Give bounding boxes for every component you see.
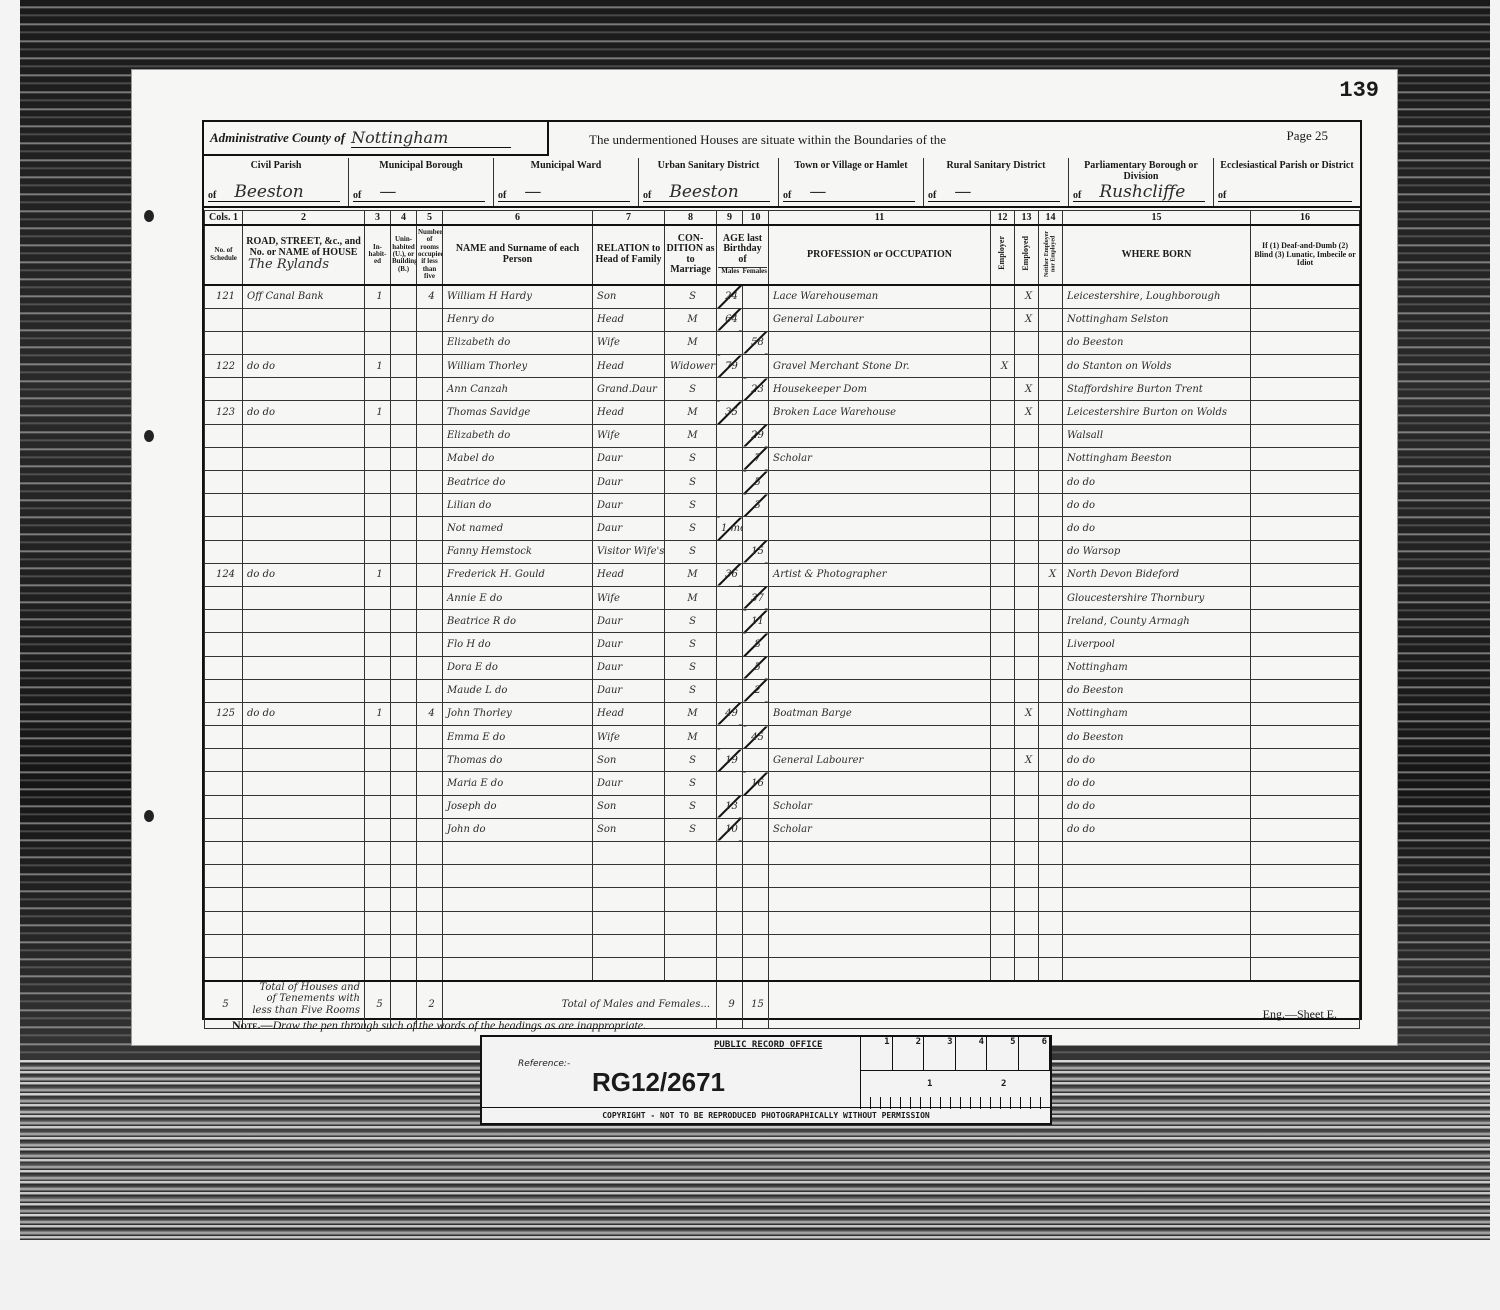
cell-relation: Daur	[593, 772, 665, 795]
heading-employer: Employer	[991, 225, 1015, 286]
cell-employed	[1015, 424, 1039, 447]
cell-schedule: 121	[205, 285, 243, 308]
blank-cell	[717, 865, 743, 888]
blank-cell	[205, 888, 243, 911]
cell-uninhabited	[391, 563, 417, 586]
cell-inhabited	[365, 540, 391, 563]
cell-neither	[1039, 378, 1063, 401]
cell-road	[243, 517, 365, 540]
cell-employer	[991, 540, 1015, 563]
district-town-village: Town or Village or Hamlet of—	[779, 158, 924, 206]
cell-employer	[991, 772, 1015, 795]
cell-uninhabited	[391, 378, 417, 401]
blank-cell	[1039, 911, 1063, 934]
cell-employer	[991, 331, 1015, 354]
cell-employed	[1015, 355, 1039, 378]
cell-where-born: Gloucestershire Thornbury	[1063, 586, 1251, 609]
blank-cell	[1015, 934, 1039, 957]
cell-schedule: 124	[205, 563, 243, 586]
blank-cell	[1039, 888, 1063, 911]
cell-occupation	[769, 517, 991, 540]
cell-condition: M	[665, 702, 717, 725]
blank-cell	[593, 911, 665, 934]
blank-cell	[1063, 934, 1251, 957]
cell-schedule	[205, 471, 243, 494]
cell-neither	[1039, 494, 1063, 517]
cell-where-born: do Beeston	[1063, 331, 1251, 354]
enumeration-form: Administrative County of Nottingham The …	[202, 120, 1362, 1020]
cell-occupation	[769, 772, 991, 795]
district-parliamentary: Parliamentary Borough or Division ofRush…	[1069, 158, 1214, 206]
cell-occupation	[769, 471, 991, 494]
district-value: Rushcliffe	[1099, 184, 1185, 201]
scale-cm: 4	[956, 1037, 988, 1070]
cell-infirmity	[1251, 447, 1360, 470]
blank-cell	[365, 911, 391, 934]
cell-occupation: General Labourer	[769, 308, 991, 331]
table-row: Mabel doDaurS7ScholarNottingham Beeston	[205, 447, 1360, 470]
cell-condition: S	[665, 494, 717, 517]
cell-inhabited	[365, 818, 391, 841]
blank-cell	[769, 888, 991, 911]
col-num: 16	[1251, 211, 1360, 225]
reference-card: PUBLIC RECORD OFFICE Reference:- RG12/26…	[480, 1035, 1052, 1125]
cell-infirmity	[1251, 633, 1360, 656]
blank-cell	[443, 911, 593, 934]
census-table: Cols. 1 2 3 4 5 6 7 8 9 10 11 12 13 14 1…	[204, 210, 1360, 1029]
cell-uninhabited	[391, 818, 417, 841]
cell-employed	[1015, 540, 1039, 563]
cell-condition: Widower	[665, 355, 717, 378]
cell-schedule	[205, 749, 243, 772]
cell-name: Beatrice R do	[443, 610, 593, 633]
cell-name: William Thorley	[443, 355, 593, 378]
cell-occupation: Artist & Photographer	[769, 563, 991, 586]
cell-where-born: Nottingham Beeston	[1063, 447, 1251, 470]
cell-where-born: do do	[1063, 471, 1251, 494]
cell-inhabited	[365, 726, 391, 749]
cell-rooms	[417, 308, 443, 331]
cell-male-age	[717, 331, 743, 354]
cell-inhabited	[365, 517, 391, 540]
cell-name: Dora E do	[443, 656, 593, 679]
col-num: 10	[743, 211, 769, 225]
cell-schedule	[205, 378, 243, 401]
cell-rooms	[417, 378, 443, 401]
blank-cell	[769, 911, 991, 934]
cell-road	[243, 424, 365, 447]
blank-cell	[743, 888, 769, 911]
cell-uninhabited	[391, 355, 417, 378]
record-office-label: PUBLIC RECORD OFFICE	[714, 1040, 822, 1050]
cell-female-age	[743, 401, 769, 424]
cell-uninhabited	[391, 494, 417, 517]
blank-cell	[417, 888, 443, 911]
cell-relation: Head	[593, 355, 665, 378]
cell-rooms	[417, 540, 443, 563]
cell-employed: X	[1015, 308, 1039, 331]
blank-cell	[1015, 888, 1039, 911]
cell-employed	[1015, 772, 1039, 795]
cell-road	[243, 610, 365, 633]
scale-cm: 5	[987, 1037, 1019, 1070]
cell-female-age: 58	[743, 331, 769, 354]
cell-neither	[1039, 517, 1063, 540]
cell-relation: Visitor Wife's Sister	[593, 540, 665, 563]
blank-cell	[593, 842, 665, 865]
col-num: 14	[1039, 211, 1063, 225]
of-label: of	[498, 190, 506, 201]
table-row: 122do do1William ThorleyHeadWidower79Gra…	[205, 355, 1360, 378]
cell-neither	[1039, 540, 1063, 563]
blank-row	[205, 911, 1360, 934]
cell-where-born: Leicestershire, Loughborough	[1063, 285, 1251, 308]
col-num: 5	[417, 211, 443, 225]
cell-relation: Wife	[593, 586, 665, 609]
cell-employed	[1015, 447, 1039, 470]
cell-uninhabited	[391, 540, 417, 563]
admin-county-value: Nottingham	[351, 128, 511, 148]
cell-rooms	[417, 401, 443, 424]
col-num: 4	[391, 211, 417, 225]
heading-neither: Neither Employer nor Employed	[1039, 225, 1063, 286]
cell-neither	[1039, 749, 1063, 772]
cell-neither	[1039, 401, 1063, 424]
blank-cell	[365, 957, 391, 980]
cell-condition: S	[665, 679, 717, 702]
cell-employed	[1015, 679, 1039, 702]
blank-cell	[443, 888, 593, 911]
table-row: Joseph doSonS13Scholardo do	[205, 795, 1360, 818]
cell-schedule	[205, 308, 243, 331]
blank-cell	[1251, 911, 1360, 934]
cell-female-age: 11	[743, 610, 769, 633]
heading-occupation: PROFESSION or OCCUPATION	[769, 225, 991, 286]
folio-number: 139	[1339, 78, 1379, 103]
cell-male-age	[717, 447, 743, 470]
blank-cell	[1251, 957, 1360, 980]
cell-schedule	[205, 772, 243, 795]
cell-female-age: 29	[743, 424, 769, 447]
cell-name: Elizabeth do	[443, 331, 593, 354]
cell-uninhabited	[391, 447, 417, 470]
cell-infirmity	[1251, 517, 1360, 540]
cell-inhabited	[365, 331, 391, 354]
cell-female-age: 37	[743, 586, 769, 609]
cell-where-born: do Warsop	[1063, 540, 1251, 563]
district-municipal-borough: Municipal Borough of—	[349, 158, 494, 206]
cell-infirmity	[1251, 331, 1360, 354]
cell-relation: Daur	[593, 517, 665, 540]
table-row: Elizabeth doWifeM29Walsall	[205, 424, 1360, 447]
cell-infirmity	[1251, 285, 1360, 308]
cell-condition: S	[665, 517, 717, 540]
cell-occupation: Scholar	[769, 818, 991, 841]
cell-uninhabited	[391, 517, 417, 540]
cell-condition: M	[665, 726, 717, 749]
cell-uninhabited	[391, 656, 417, 679]
table-row: John doSonS10Scholardo do	[205, 818, 1360, 841]
cell-inhabited	[365, 749, 391, 772]
cell-name: Flo H do	[443, 633, 593, 656]
blank-cell	[1015, 911, 1039, 934]
cell-inhabited: 1	[365, 285, 391, 308]
cell-occupation	[769, 586, 991, 609]
blank-cell	[1015, 865, 1039, 888]
table-row: Ann CanzahGrand.DaurS23Housekeeper DomXS…	[205, 378, 1360, 401]
cell-male-age	[717, 494, 743, 517]
cell-employed: X	[1015, 285, 1039, 308]
cell-inhabited	[365, 586, 391, 609]
blank-cell	[991, 934, 1015, 957]
blank-row	[205, 842, 1360, 865]
cell-uninhabited	[391, 633, 417, 656]
cell-infirmity	[1251, 749, 1360, 772]
cell-neither	[1039, 308, 1063, 331]
cell-condition: M	[665, 563, 717, 586]
cell-name: Maria E do	[443, 772, 593, 795]
district-ecclesiastical: Ecclesiastical Parish or District of	[1214, 158, 1360, 206]
cell-where-born: Walsall	[1063, 424, 1251, 447]
cell-relation: Grand.Daur	[593, 378, 665, 401]
cell-condition: S	[665, 471, 717, 494]
cell-schedule	[205, 610, 243, 633]
blank-cell	[743, 911, 769, 934]
of-label: of	[353, 190, 361, 201]
blank-cell	[1039, 865, 1063, 888]
column-number-row: Cols. 1 2 3 4 5 6 7 8 9 10 11 12 13 14 1…	[205, 211, 1360, 225]
cell-inhabited	[365, 447, 391, 470]
cell-relation: Son	[593, 285, 665, 308]
blank-cell	[991, 957, 1015, 980]
blank-cell	[243, 842, 365, 865]
cell-employer	[991, 586, 1015, 609]
blank-row	[205, 865, 1360, 888]
cell-schedule	[205, 633, 243, 656]
cell-male-age: 1 mo	[717, 517, 743, 540]
blank-cell	[365, 934, 391, 957]
cell-rooms	[417, 772, 443, 795]
of-label: of	[643, 190, 651, 201]
cell-rooms: 4	[417, 285, 443, 308]
cell-female-age	[743, 795, 769, 818]
col-num: 15	[1063, 211, 1251, 225]
cell-rooms	[417, 726, 443, 749]
cell-male-age	[717, 656, 743, 679]
cell-neither	[1039, 633, 1063, 656]
cell-male-age	[717, 610, 743, 633]
blank-cell	[1063, 842, 1251, 865]
cell-male-age	[717, 378, 743, 401]
cell-schedule	[205, 679, 243, 702]
blank-cell	[769, 957, 991, 980]
cell-employer	[991, 656, 1015, 679]
cell-road: Off Canal Bank	[243, 285, 365, 308]
cell-male-age: 79	[717, 355, 743, 378]
blank-cell	[205, 865, 243, 888]
road-name-value: The Rylands	[244, 258, 363, 272]
blank-cell	[391, 934, 417, 957]
cell-schedule: 125	[205, 702, 243, 725]
cell-road: do do	[243, 401, 365, 424]
cell-employer	[991, 795, 1015, 818]
cell-where-born: North Devon Bideford	[1063, 563, 1251, 586]
cell-infirmity	[1251, 726, 1360, 749]
blank-cell	[1015, 957, 1039, 980]
cell-rooms	[417, 818, 443, 841]
table-row: Lilian doDaurS3do do	[205, 494, 1360, 517]
district-value: —	[954, 184, 971, 201]
table-row: Elizabeth doWifeM58do Beeston	[205, 331, 1360, 354]
cell-where-born: Ireland, County Armagh	[1063, 610, 1251, 633]
cell-road	[243, 494, 365, 517]
cell-neither	[1039, 795, 1063, 818]
cell-name: Fanny Hemstock	[443, 540, 593, 563]
cell-employed	[1015, 563, 1039, 586]
cell-relation: Son	[593, 818, 665, 841]
cell-name: John do	[443, 818, 593, 841]
cell-road	[243, 447, 365, 470]
cell-name: Maude L do	[443, 679, 593, 702]
cell-occupation: Broken Lace Warehouse	[769, 401, 991, 424]
cell-name: Mabel do	[443, 447, 593, 470]
cell-occupation	[769, 656, 991, 679]
cell-neither	[1039, 285, 1063, 308]
cell-relation: Son	[593, 749, 665, 772]
blank-cell	[743, 957, 769, 980]
census-rows: 121Off Canal Bank14William H HardySonS24…	[205, 285, 1360, 981]
column-heading-row: No. of Schedule ROAD, STREET, &c., and N…	[205, 225, 1360, 286]
blank-cell	[391, 957, 417, 980]
cell-occupation: Boatman Barge	[769, 702, 991, 725]
cell-male-age	[717, 772, 743, 795]
blank-cell	[443, 865, 593, 888]
cell-uninhabited	[391, 610, 417, 633]
scale-cm: 3	[924, 1037, 956, 1070]
cell-uninhabited	[391, 586, 417, 609]
cell-schedule	[205, 818, 243, 841]
of-label: of	[783, 190, 791, 201]
blank-cell	[243, 865, 365, 888]
scale-inch: 1	[927, 1079, 932, 1089]
blank-cell	[417, 842, 443, 865]
cell-where-born: do do	[1063, 494, 1251, 517]
cell-relation: Head	[593, 563, 665, 586]
cell-employer	[991, 401, 1015, 424]
punch-hole	[144, 810, 154, 822]
cell-where-born: do do	[1063, 795, 1251, 818]
scale-cm: 6	[1019, 1037, 1051, 1070]
blank-cell	[769, 934, 991, 957]
cell-uninhabited	[391, 471, 417, 494]
blank-cell	[417, 957, 443, 980]
cell-where-born: do Beeston	[1063, 679, 1251, 702]
district-value: —	[524, 184, 541, 201]
blank-cell	[1015, 842, 1039, 865]
cell-occupation: Scholar	[769, 795, 991, 818]
cell-rooms: 4	[417, 702, 443, 725]
cell-occupation	[769, 679, 991, 702]
district-label: Urban Sanitary District	[639, 160, 778, 171]
cell-name: William H Hardy	[443, 285, 593, 308]
cell-neither	[1039, 679, 1063, 702]
cell-male-age: 64	[717, 308, 743, 331]
cell-employer	[991, 494, 1015, 517]
blank-cell	[1039, 934, 1063, 957]
cell-name: Thomas do	[443, 749, 593, 772]
blank-cell	[417, 934, 443, 957]
reference-label: Reference:-	[518, 1059, 570, 1069]
cell-condition: S	[665, 447, 717, 470]
cell-name: Not named	[443, 517, 593, 540]
cell-male-age: 49	[717, 702, 743, 725]
cell-condition: S	[665, 795, 717, 818]
blank-cell	[391, 842, 417, 865]
cell-inhabited	[365, 494, 391, 517]
district-value: Beeston	[234, 184, 303, 201]
cell-road	[243, 633, 365, 656]
cell-road	[243, 378, 365, 401]
cell-male-age: 19	[717, 749, 743, 772]
cell-schedule	[205, 726, 243, 749]
table-row: Fanny HemstockVisitor Wife's SisterS15do…	[205, 540, 1360, 563]
cell-neither	[1039, 772, 1063, 795]
table-row: Thomas doSonS19General LabourerXdo do	[205, 749, 1360, 772]
cell-inhabited: 1	[365, 355, 391, 378]
heading-employed-label: Employed	[1022, 236, 1030, 271]
scale-cm: 2	[893, 1037, 925, 1070]
cell-infirmity	[1251, 563, 1360, 586]
table-row: 124do do1Frederick H. GouldHeadM36Artist…	[205, 563, 1360, 586]
heading-infirmity: If (1) Deaf-and-Dumb (2) Blind (3) Lunat…	[1251, 225, 1360, 286]
cell-name: Lilian do	[443, 494, 593, 517]
cell-infirmity	[1251, 586, 1360, 609]
cell-name: Beatrice do	[443, 471, 593, 494]
cell-infirmity	[1251, 656, 1360, 679]
cell-road	[243, 726, 365, 749]
cell-inhabited	[365, 795, 391, 818]
cell-employed	[1015, 726, 1039, 749]
scale-inch: 2	[1001, 1079, 1006, 1089]
cell-road	[243, 795, 365, 818]
district-label: Rural Sanitary District	[924, 160, 1068, 171]
table-row: Beatrice R doDaurS11Ireland, County Arma…	[205, 610, 1360, 633]
page-label: Page 25	[1286, 128, 1328, 144]
cell-employed	[1015, 494, 1039, 517]
cell-where-born: do Stanton on Wolds	[1063, 355, 1251, 378]
note-text: Draw the pen through such of the words o…	[273, 1018, 647, 1032]
blank-cell	[365, 842, 391, 865]
blank-cell	[205, 911, 243, 934]
cell-name: Frederick H. Gould	[443, 563, 593, 586]
cell-inhabited	[365, 471, 391, 494]
cell-road: do do	[243, 563, 365, 586]
cell-neither	[1039, 818, 1063, 841]
cell-female-age: 45	[743, 726, 769, 749]
punch-hole	[144, 430, 154, 442]
cell-name: Thomas Savidge	[443, 401, 593, 424]
district-label: Municipal Ward	[494, 160, 638, 171]
note-prefix: Note.—	[232, 1018, 273, 1032]
cell-female-age	[743, 749, 769, 772]
cell-infirmity	[1251, 772, 1360, 795]
district-label: Municipal Borough	[349, 160, 493, 171]
cell-neither	[1039, 656, 1063, 679]
scale-cm: 1	[861, 1037, 893, 1070]
blank-cell	[769, 842, 991, 865]
cell-relation: Daur	[593, 633, 665, 656]
cell-road	[243, 749, 365, 772]
